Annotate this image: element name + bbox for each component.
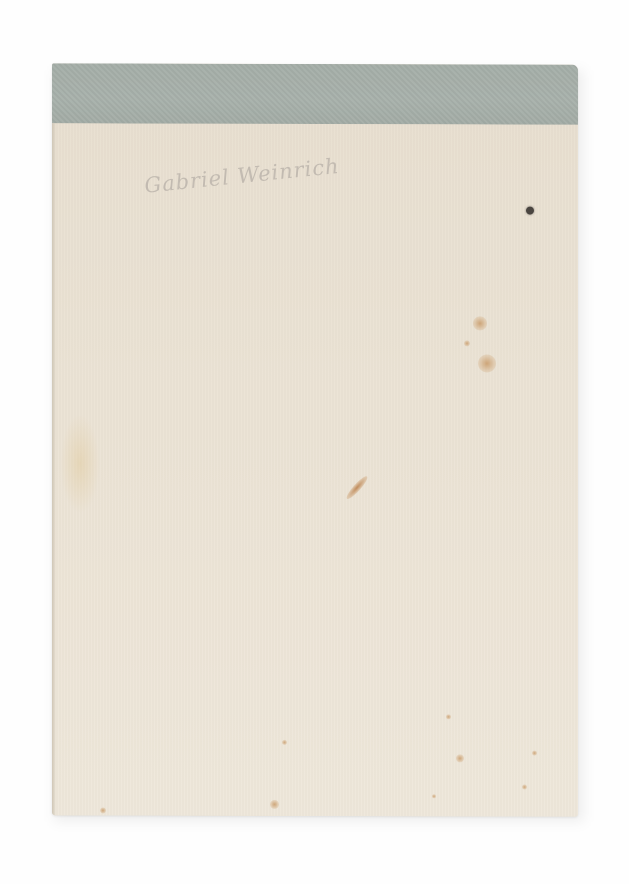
card-left-edge xyxy=(52,123,56,815)
photo-scene: Gabriel Weinrich xyxy=(0,0,629,884)
foxing-spot xyxy=(532,751,537,756)
ink-dot xyxy=(526,207,534,215)
foxing-spot xyxy=(478,354,496,372)
foxing-spot xyxy=(464,340,470,346)
foxing-spot xyxy=(446,714,451,719)
cabinet-card-back: Gabriel Weinrich xyxy=(52,63,578,816)
foxing-spot xyxy=(432,794,436,798)
foxing-spot xyxy=(473,316,487,330)
card-body xyxy=(52,123,578,816)
foxing-spot xyxy=(100,807,106,813)
foxing-spot xyxy=(282,740,287,745)
foxing-spot xyxy=(522,785,527,790)
grey-top-band xyxy=(52,63,578,125)
foxing-spot xyxy=(456,754,464,762)
foxing-stain-left xyxy=(60,413,100,513)
foxing-spot xyxy=(270,800,279,809)
